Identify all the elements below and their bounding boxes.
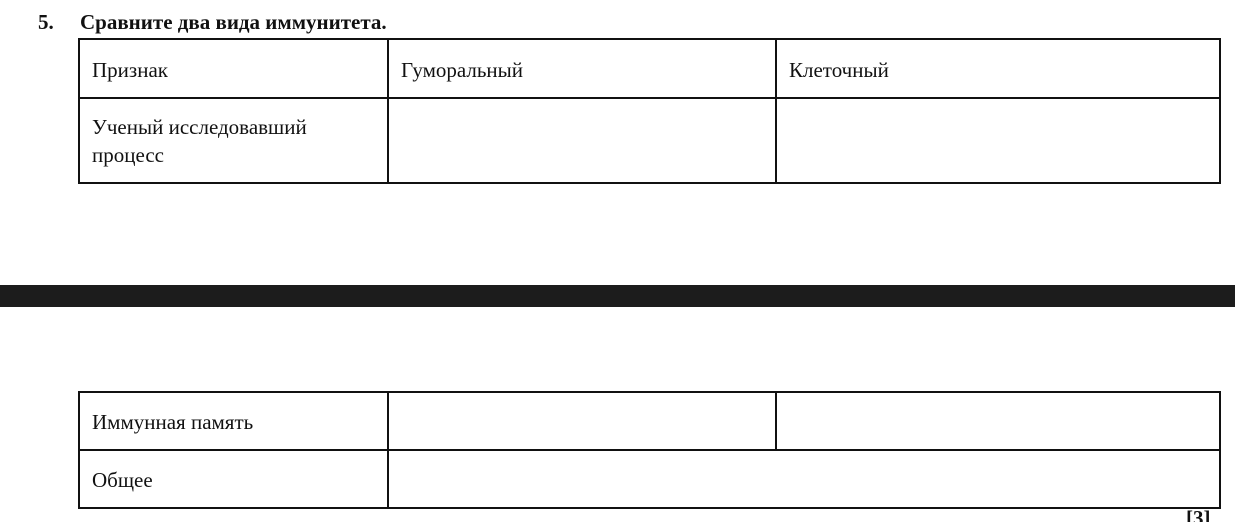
answer-cell-common[interactable] — [388, 450, 1220, 508]
table-row: Общее — [79, 450, 1220, 508]
comparison-table-bottom: Иммунная память Общее — [78, 391, 1221, 509]
row-label-immune-memory: Иммунная память — [79, 392, 388, 450]
question-title: 5.Сравните два вида иммунитета. — [38, 9, 387, 35]
answer-cell-memory-cellular[interactable] — [776, 392, 1220, 450]
header-feature: Признак — [79, 39, 388, 98]
comparison-table-top: Признак Гуморальный Клеточный Ученый исс… — [78, 38, 1221, 184]
header-cellular: Клеточный — [776, 39, 1220, 98]
header-humoral: Гуморальный — [388, 39, 776, 98]
table-row: Ученый исследовавший процесс — [79, 98, 1220, 183]
row-label-common: Общее — [79, 450, 388, 508]
answer-cell-scientist-cellular[interactable] — [776, 98, 1220, 183]
table-header-row: Признак Гуморальный Клеточный — [79, 39, 1220, 98]
page-divider-bar — [0, 285, 1235, 307]
question-number: 5. — [38, 9, 80, 35]
row-label-scientist: Ученый исследовавший процесс — [79, 98, 388, 183]
answer-cell-memory-humoral[interactable] — [388, 392, 776, 450]
answer-cell-scientist-humoral[interactable] — [388, 98, 776, 183]
table-row: Иммунная память — [79, 392, 1220, 450]
marks-label: [3] — [1186, 506, 1211, 522]
question-text: Сравните два вида иммунитета. — [80, 10, 387, 34]
